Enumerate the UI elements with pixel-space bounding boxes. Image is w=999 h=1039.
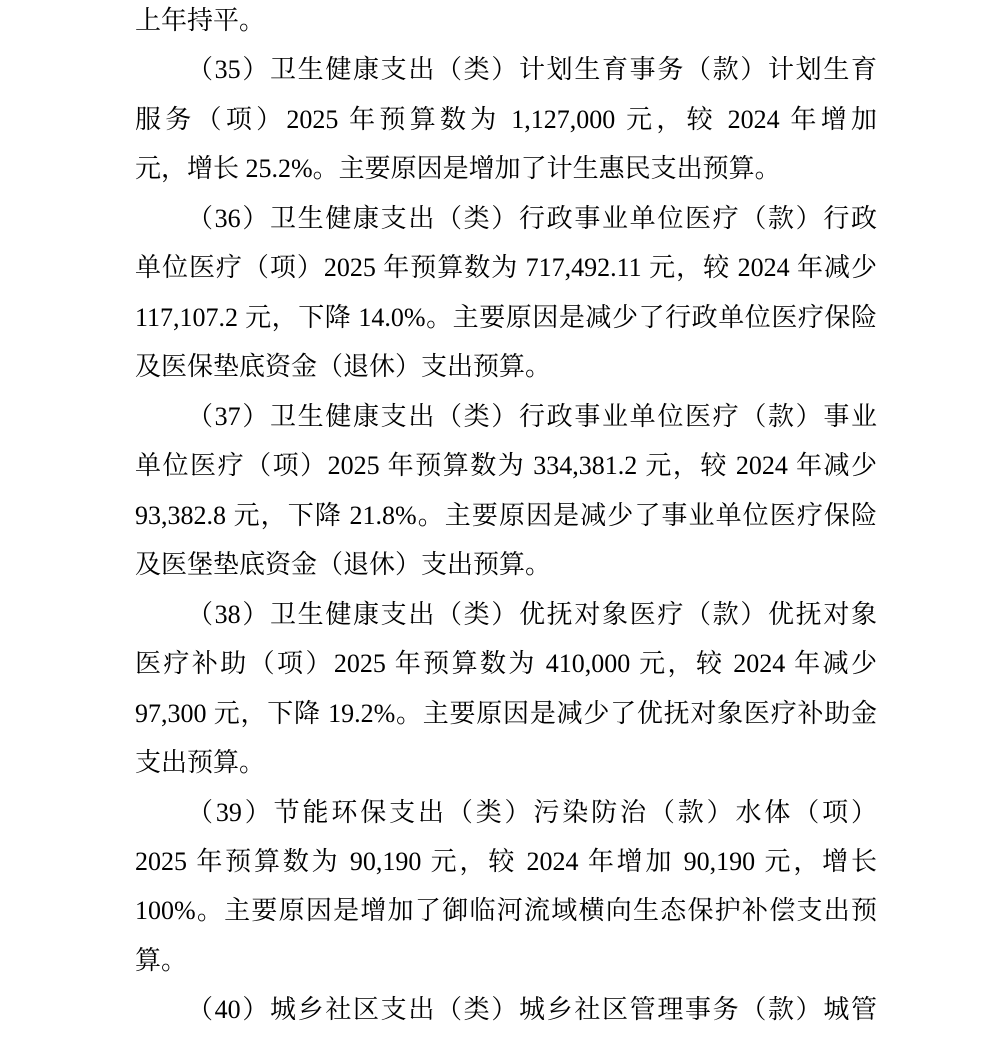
text-line: 93,382.8 元，下降 21.8%。主要原因是减少了事业单位医疗保险 bbox=[135, 491, 877, 540]
text-line: （37）卫生健康支出（类）行政事业单位医疗（款）事业 bbox=[135, 392, 877, 441]
text-line: 117,107.2 元，下降 14.0%。主要原因是减少了行政单位医疗保险 bbox=[135, 293, 877, 342]
text-line: 单位医疗（项）2025 年预算数为 717,492.11 元，较 2024 年减… bbox=[135, 243, 877, 292]
text-line: （40）城乡社区支出（类）城乡社区管理事务（款）城管 bbox=[135, 985, 877, 1034]
text-line: 及医保垫底资金（退休）支出预算。 bbox=[135, 342, 877, 391]
text-line: 支出预算。 bbox=[135, 738, 877, 787]
text-line: 上年持平。 bbox=[135, 0, 877, 45]
text-line: （36）卫生健康支出（类）行政事业单位医疗（款）行政 bbox=[135, 194, 877, 243]
text-line: （35）卫生健康支出（类）计划生育事务（款）计划生育 bbox=[135, 45, 877, 94]
text-line: （39）节能环保支出（类）污染防治（款）水体（项） bbox=[135, 788, 877, 837]
document-page: 上年持平。（35）卫生健康支出（类）计划生育事务（款）计划生育服务（项）2025… bbox=[135, 0, 877, 1035]
text-line: 服务（项）2025 年预算数为 1,127,000 元，较 2024 年增加 2… bbox=[135, 95, 877, 144]
text-line: 元，增长 25.2%。主要原因是增加了计生惠民支出预算。 bbox=[135, 144, 877, 193]
text-line: 2025 年预算数为 90,190 元，较 2024 年增加 90,190 元，… bbox=[135, 837, 877, 886]
text-line: 算。 bbox=[135, 936, 877, 985]
text-line: 单位医疗（项）2025 年预算数为 334,381.2 元，较 2024 年减少 bbox=[135, 441, 877, 490]
text-line: 100%。主要原因是增加了御临河流域横向生态保护补偿支出预 bbox=[135, 886, 877, 935]
text-line: （38）卫生健康支出（类）优抚对象医疗（款）优抚对象 bbox=[135, 590, 877, 639]
text-line: 医疗补助（项）2025 年预算数为 410,000 元，较 2024 年减少 bbox=[135, 639, 877, 688]
text-line: 97,300 元，下降 19.2%。主要原因是减少了优抚对象医疗补助金 bbox=[135, 689, 877, 738]
text-line: 及医堡垫底资金（退休）支出预算。 bbox=[135, 540, 877, 589]
